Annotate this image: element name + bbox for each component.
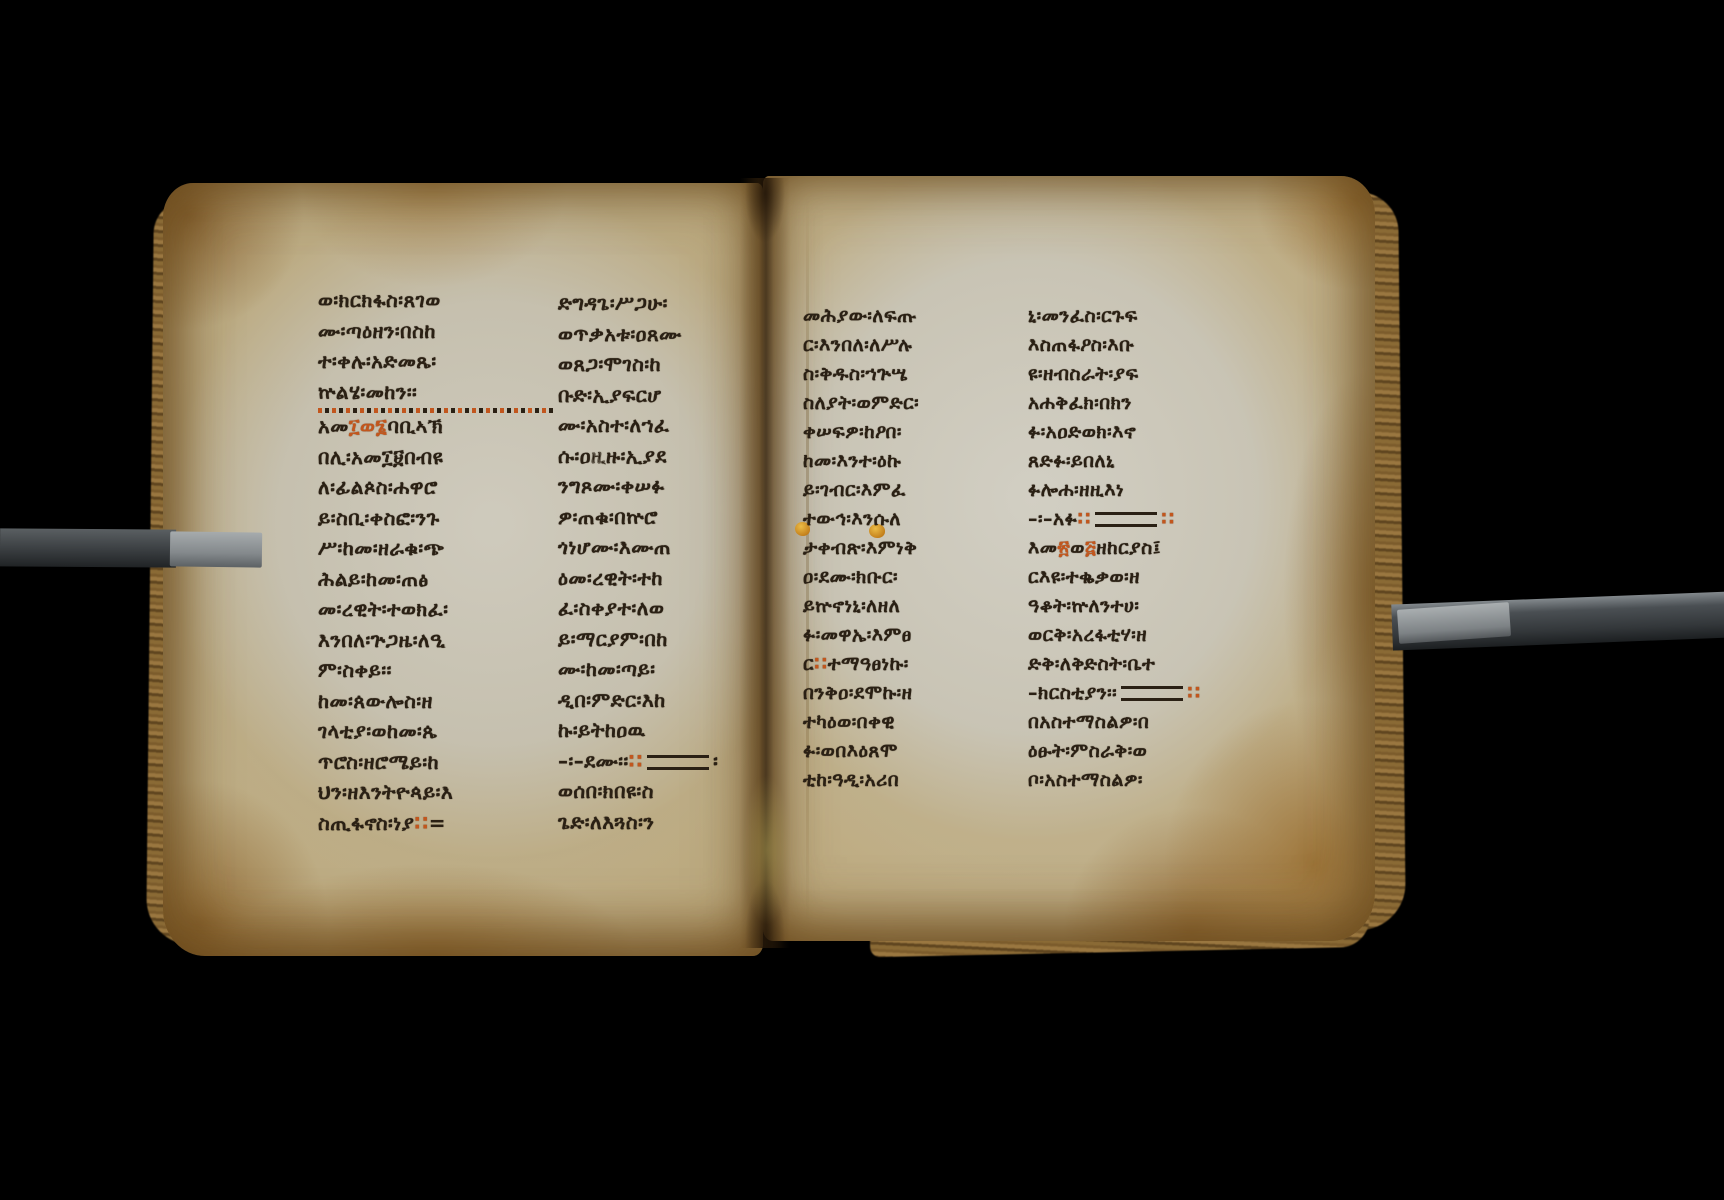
text-line: ዕፁት፡ምስራቅ፡ወ — [1028, 740, 1201, 769]
ink-text: ርእዩ፡ተቈቃወ፡ዘ — [1028, 566, 1140, 588]
ink-text: በንቅዐ፡ደሞኩ፡ዘ — [803, 682, 913, 704]
ink-text: እመ — [1028, 537, 1057, 559]
ink-text: ፉ፡አዐድወክ፡እኖ — [1028, 421, 1136, 443]
ink-text: ሥ፡ከመ፡ዘራቁ፡ጭ — [318, 536, 444, 560]
ink-text: እንበለ፡ጕጋዜ፡ለዒ — [318, 628, 445, 652]
text-line: ዐ፡ደሙ፡ክቡር፡ — [803, 566, 919, 595]
text-line: ፉ፡አዐድወክ፡እኖ — [1028, 421, 1201, 450]
text-line: ተካዕወ፡በቀዊ — [803, 711, 919, 740]
text-line: ጥሮስ፡ዘሮሜይ፡ከ — [318, 750, 556, 781]
double-rule-ornament — [647, 755, 709, 770]
rubric-text: ፲ወ፮ — [349, 414, 388, 438]
ink-text: –፡–አፉ — [1028, 508, 1077, 530]
ink-text: ዩ፡ዘብስራት፡ያፍ — [1028, 363, 1139, 385]
text-line: በአስተማስልዎ፡በ — [1028, 711, 1201, 740]
text-line: ስ፡ቅዱስ፡ኀጕሤ — [803, 363, 919, 392]
ink-text: ከመ፡ጰውሎስ፡ዘ — [318, 689, 433, 713]
text-line: ድቅ፡ለቅድስት፡ቤተ — [1028, 653, 1201, 682]
ink-text: ዘከርያስ፤ — [1096, 537, 1161, 559]
text-line: አመ፲ወ፮ባቢኣኽ — [318, 414, 556, 445]
ink-text: ቦ፡አስተማስልዎ፡ — [1028, 769, 1143, 791]
page-weight-strap-left-end — [170, 531, 262, 567]
ink-text: ታቀብጽ፡እምነቅ — [803, 537, 917, 559]
text-line: ርእዩ፡ተቈቃወ፡ዘ — [1028, 566, 1201, 595]
text-line: ወጸጋ፡ሞገስ፡ከ — [558, 352, 718, 383]
ink-text: ቀሠፍዎ፡ከዖበ፡ — [803, 421, 902, 443]
ink-text: ስ፡ቅዱስ፡ኀጕሤ — [803, 363, 908, 385]
rubric-text: ∷ — [1077, 508, 1091, 530]
text-line: እስጠፋዖስ፡እቡ — [1028, 334, 1201, 363]
text-line: ጌድ፡ለእጓስ፡ን — [558, 810, 718, 841]
text-line: ይ፡ስቢ፡ቀስፎ፡ንጉ — [318, 506, 556, 537]
page-weight-strap-left — [0, 528, 176, 567]
text-column-left-page-first: ወ፡ክርክፋስ፡ጸገወሙ፡ጣዕዘን፡በስከተ፡ቀሉ፡አድመጼ፡ኵልሄ፡መከን፡፡… — [318, 288, 556, 841]
ink-text: ቡድ፡ኢያፍርሆ — [558, 383, 661, 407]
ink-text: ጥሮስ፡ዘሮሜይ፡ከ — [318, 750, 439, 774]
text-line: ር፡እንበለ፡ለሥሉ — [803, 334, 919, 363]
ink-text: ዕፁት፡ምስራቅ፡ወ — [1028, 740, 1147, 762]
text-line: ይ፡ማርያም፡በከ — [558, 627, 718, 658]
ink-text: ተካዕወ፡በቀዊ — [803, 711, 895, 733]
text-line: ስለያት፡ወምድር፡ — [803, 392, 919, 421]
text-line: እመ፳ወ፭ዘከርያስ፤ — [1028, 537, 1201, 566]
ink-text: መሕያው፡ለፍጡ — [803, 305, 917, 327]
ink-text: ሕልይ፡ከመ፡ጠፅ — [318, 567, 429, 591]
rubric-text: ∷ — [629, 749, 643, 773]
ink-text: አሐቅፈክ፡በክን — [1028, 392, 1132, 414]
rubric-text: ∷ — [1161, 508, 1175, 530]
ink-text: ወሰበ፡ክበዩ፡ስ — [558, 779, 654, 803]
text-line: ሙ፡አስተ፡ለኀፈ — [558, 413, 718, 444]
text-line: ይ፡ገብር፡እምፈ — [803, 479, 919, 508]
text-line: ሙ፡ከመ፡ጣይ፡ — [558, 657, 718, 688]
ink-text: በሊ፡አመ፲፱በብዩ — [318, 445, 443, 469]
rubric-text: ∷ — [414, 811, 428, 835]
text-line: ም፡ስቀይ፡፡ — [318, 658, 556, 689]
ink-text: ሙ፡ከመ፡ጣይ፡ — [558, 657, 656, 681]
text-line: ወ፡ክርክፋስ፡ጸገወ — [318, 288, 556, 319]
ink-text: ይ፡ገብር፡እምፈ — [803, 479, 906, 501]
text-line: ተውኅ፡እንሱለ — [803, 508, 919, 537]
text-line: አሐቅፈክ፡በክን — [1028, 392, 1201, 421]
ink-text: አመ — [318, 414, 349, 438]
text-line: እንበለ፡ጕጋዜ፡ለዒ — [318, 628, 556, 659]
rubric-text: ∷ — [814, 653, 828, 675]
ink-text: ር — [803, 653, 814, 675]
text-line: –ክርስቲያን፡፡∷ — [1028, 682, 1201, 711]
ink-text: ወርቅ፡አረፋቲሃ፡ዘ — [1028, 624, 1147, 646]
text-line: ወሰበ፡ክበዩ፡ስ — [558, 779, 718, 810]
ink-text: መ፡ረዊት፡ተወክፈ፡ — [318, 597, 448, 621]
text-line: ከመ፡እንተ፡ዕኩ — [803, 450, 919, 479]
text-line: ወርቅ፡አረፋቲሃ፡ዘ — [1028, 624, 1201, 653]
text-line: ፉ፡መዋኤ፡እምፀ — [803, 624, 919, 653]
ink-text: ተውኅ፡እንሱለ — [803, 508, 901, 530]
text-line: ወጥቃአቱ፡ዐጸሙ — [558, 322, 718, 353]
text-line: ቦ፡አስተማስልዎ፡ — [1028, 769, 1201, 798]
text-line: –፡–አፉ∷∷ — [1028, 508, 1201, 537]
ink-text: ጌድ፡ለእጓስ፡ን — [558, 810, 654, 834]
ink-text: ይ፡ማርያም፡በከ — [558, 627, 668, 651]
text-line: ር∷ተማዓፀነኩ፡ — [803, 653, 919, 682]
gutter-stain — [735, 750, 799, 950]
text-line: ፈ፡ስቀያተ፡ለወ — [558, 596, 718, 627]
ink-text: ድቅ፡ለቅድስት፡ቤተ — [1028, 653, 1155, 675]
ink-text: ኩ፡ይትከዐዉ — [558, 718, 646, 742]
text-line: ገላቲያ፡ወከመ፡ጴ — [318, 719, 556, 750]
text-line: ጸድፉ፡ይበለኒ — [1028, 450, 1201, 479]
ink-text: ቲከ፡ዓዲ፡አሪበ — [803, 769, 899, 791]
ink-text: እስጠፋዖስ፡እቡ — [1028, 334, 1134, 356]
text-line: ንግጾሙ፡ቀሠፉ — [558, 474, 718, 505]
ink-text: ፉ፡መዋኤ፡እምፀ — [803, 624, 912, 646]
ink-text: –፡–ደሙ፡፡ — [558, 749, 629, 773]
ink-text: ለ፡ፊልጶስ፡ሐዋሮ — [318, 475, 438, 499]
text-line: በንቅዐ፡ደሞኩ፡ዘ — [803, 682, 919, 711]
text-line: ዩ፡ዘብስራት፡ያፍ — [1028, 363, 1201, 392]
ink-text: ጸድፉ፡ይበለኒ — [1028, 450, 1115, 472]
text-line: ሥ፡ከመ፡ዘራቁ፡ጭ — [318, 536, 556, 567]
ink-text: ወ — [1070, 537, 1085, 559]
text-line: ዲበ፡ምድር፡እከ — [558, 688, 718, 719]
double-rule-ornament — [1121, 686, 1183, 701]
ink-text: ይኵኖነኒ፡ለዘለ — [803, 595, 900, 617]
ink-text: ኵልሄ፡መከን፡፡ — [318, 380, 417, 404]
text-line: ዕመ፡ረዊት፡ተከ — [558, 566, 718, 597]
text-line: ስጢፋኖስ፡ነያ∷= — [318, 811, 556, 842]
text-line: ቡድ፡ኢያፍርሆ — [558, 383, 718, 414]
ink-text: ከመ፡እንተ፡ዕኩ — [803, 450, 901, 472]
text-line: ሕልይ፡ከመ፡ጠፅ — [318, 567, 556, 598]
ink-text: ዓቆት፡ኵለንተሀ፡ — [1028, 595, 1139, 617]
ink-text: ዎ፡ጠቁ፡በኵሮ — [558, 505, 658, 529]
ink-text: ም፡ስቀይ፡፡ — [318, 658, 392, 682]
ink-text: ስለያት፡ወምድር፡ — [803, 392, 919, 414]
text-line: –፡–ደሙ፡፡∷፡ — [558, 749, 718, 780]
ink-text: ወጸጋ፡ሞገስ፡ከ — [558, 352, 661, 376]
text-line: መ፡ረዊት፡ተወክፈ፡ — [318, 597, 556, 628]
ink-text: ፈ፡ስቀያተ፡ለወ — [558, 596, 664, 620]
ink-text: ዲበ፡ምድር፡እከ — [558, 688, 666, 712]
rubric-text: ∷ — [1187, 682, 1201, 704]
ink-text: ተ፡ቀሉ፡አድመጼ፡ — [318, 349, 437, 373]
text-line: ሙ፡ጣዕዘን፡በስከ — [318, 319, 556, 350]
ink-text: ይ፡ስቢ፡ቀስፎ፡ንጉ — [318, 506, 440, 530]
double-rule-ornament — [1095, 512, 1157, 527]
text-line: ኒ፡መንፈስ፡ርጉፍ — [1028, 305, 1201, 334]
ink-text: ተማዓፀነኩ፡ — [828, 653, 909, 675]
text-line: ድግዳጌ፡ሥጋሁ፡ — [558, 291, 718, 322]
text-line: መሕያው፡ለፍጡ — [803, 305, 919, 334]
ink-text: = — [429, 811, 446, 835]
ink-text: ወጥቃአቱ፡ዐጸሙ — [558, 322, 682, 346]
text-line: ታቀብጽ፡እምነቅ — [803, 537, 919, 566]
ink-text: ጎነሆሙ፡እሙጠ — [558, 535, 671, 559]
ink-text: ፡ — [713, 749, 718, 773]
rubric-text: ፭ — [1085, 537, 1096, 559]
text-column-right-page-second: ኒ፡መንፈስ፡ርጉፍእስጠፋዖስ፡እቡዩ፡ዘብስራት፡ያፍአሐቅፈክ፡በክንፉ፡… — [1028, 305, 1201, 798]
ink-text: –ክርስቲያን፡፡ — [1028, 682, 1117, 704]
ink-text: ሙ፡አስተ፡ለኀፈ — [558, 413, 669, 437]
text-line: ለ፡ፊልጶስ፡ሐዋሮ — [318, 475, 556, 506]
text-line: ህን፡ዘእንትዮጳይ፡እ — [318, 780, 556, 811]
ink-text: ዕመ፡ረዊት፡ተከ — [558, 566, 663, 590]
ink-text: ሙ፡ጣዕዘን፡በስከ — [318, 319, 436, 343]
text-line: ቲከ፡ዓዲ፡አሪበ — [803, 769, 919, 798]
text-line: ይኵኖነኒ፡ለዘለ — [803, 595, 919, 624]
ink-text: ኒ፡መንፈስ፡ርጉፍ — [1028, 305, 1138, 327]
ink-text: ገላቲያ፡ወከመ፡ጴ — [318, 719, 437, 743]
text-line: ፉ፡ወበእዕጸሞ — [803, 740, 919, 769]
ink-text: ህን፡ዘእንትዮጳይ፡እ — [318, 780, 453, 804]
text-line: ኩ፡ይትከዐዉ — [558, 718, 718, 749]
rubric-text: ፳ — [1057, 537, 1070, 559]
ink-text: ፉሎሐ፡ዘዚእነ — [1028, 479, 1124, 501]
ink-text: ፉ፡ወበእዕጸሞ — [803, 740, 898, 762]
ink-text: በአስተማስልዎ፡በ — [1028, 711, 1149, 733]
text-line: ከመ፡ጰውሎስ፡ዘ — [318, 689, 556, 720]
text-line: በሊ፡አመ፲፱በብዩ — [318, 445, 556, 476]
red-dotted-divider — [318, 408, 556, 413]
text-column-right-page-first: መሕያው፡ለፍጡር፡እንበለ፡ለሥሉስ፡ቅዱስ፡ኀጕሤስለያት፡ወምድር፡ቀሠፍ… — [803, 305, 919, 798]
text-line: ኵልሄ፡መከን፡፡ — [318, 380, 556, 411]
text-column-left-page-second: ድግዳጌ፡ሥጋሁ፡ወጥቃአቱ፡ዐጸሙወጸጋ፡ሞገስ፡ከቡድ፡ኢያፍርሆሙ፡አስተ… — [558, 291, 718, 840]
ink-text: ባቢኣኽ — [388, 414, 444, 438]
ink-text: ወ፡ክርክፋስ፡ጸገወ — [318, 288, 441, 312]
text-line: ጎነሆሙ፡እሙጠ — [558, 535, 718, 566]
ink-text: ር፡እንበለ፡ለሥሉ — [803, 334, 912, 356]
ink-text: ንግጾሙ፡ቀሠፉ — [558, 474, 665, 498]
ink-text: ዐ፡ደሙ፡ክቡር፡ — [803, 566, 898, 588]
text-line: ዎ፡ጠቁ፡በኵሮ — [558, 505, 718, 536]
ink-text: ድግዳጌ፡ሥጋሁ፡ — [558, 291, 668, 315]
text-line: ተ፡ቀሉ፡አድመጼ፡ — [318, 349, 556, 380]
manuscript-photograph: ወ፡ክርክፋስ፡ጸገወሙ፡ጣዕዘን፡በስከተ፡ቀሉ፡አድመጼ፡ኵልሄ፡መከን፡፡… — [0, 0, 1724, 1200]
text-line: ሱ፡ዐዚዙ፡ኢያደ — [558, 444, 718, 475]
text-line: ፉሎሐ፡ዘዚእነ — [1028, 479, 1201, 508]
ink-text: ስጢፋኖስ፡ነያ — [318, 811, 414, 835]
ink-text: ሱ፡ዐዚዙ፡ኢያደ — [558, 444, 667, 468]
text-line: ቀሠፍዎ፡ከዖበ፡ — [803, 421, 919, 450]
text-line: ዓቆት፡ኵለንተሀ፡ — [1028, 595, 1201, 624]
